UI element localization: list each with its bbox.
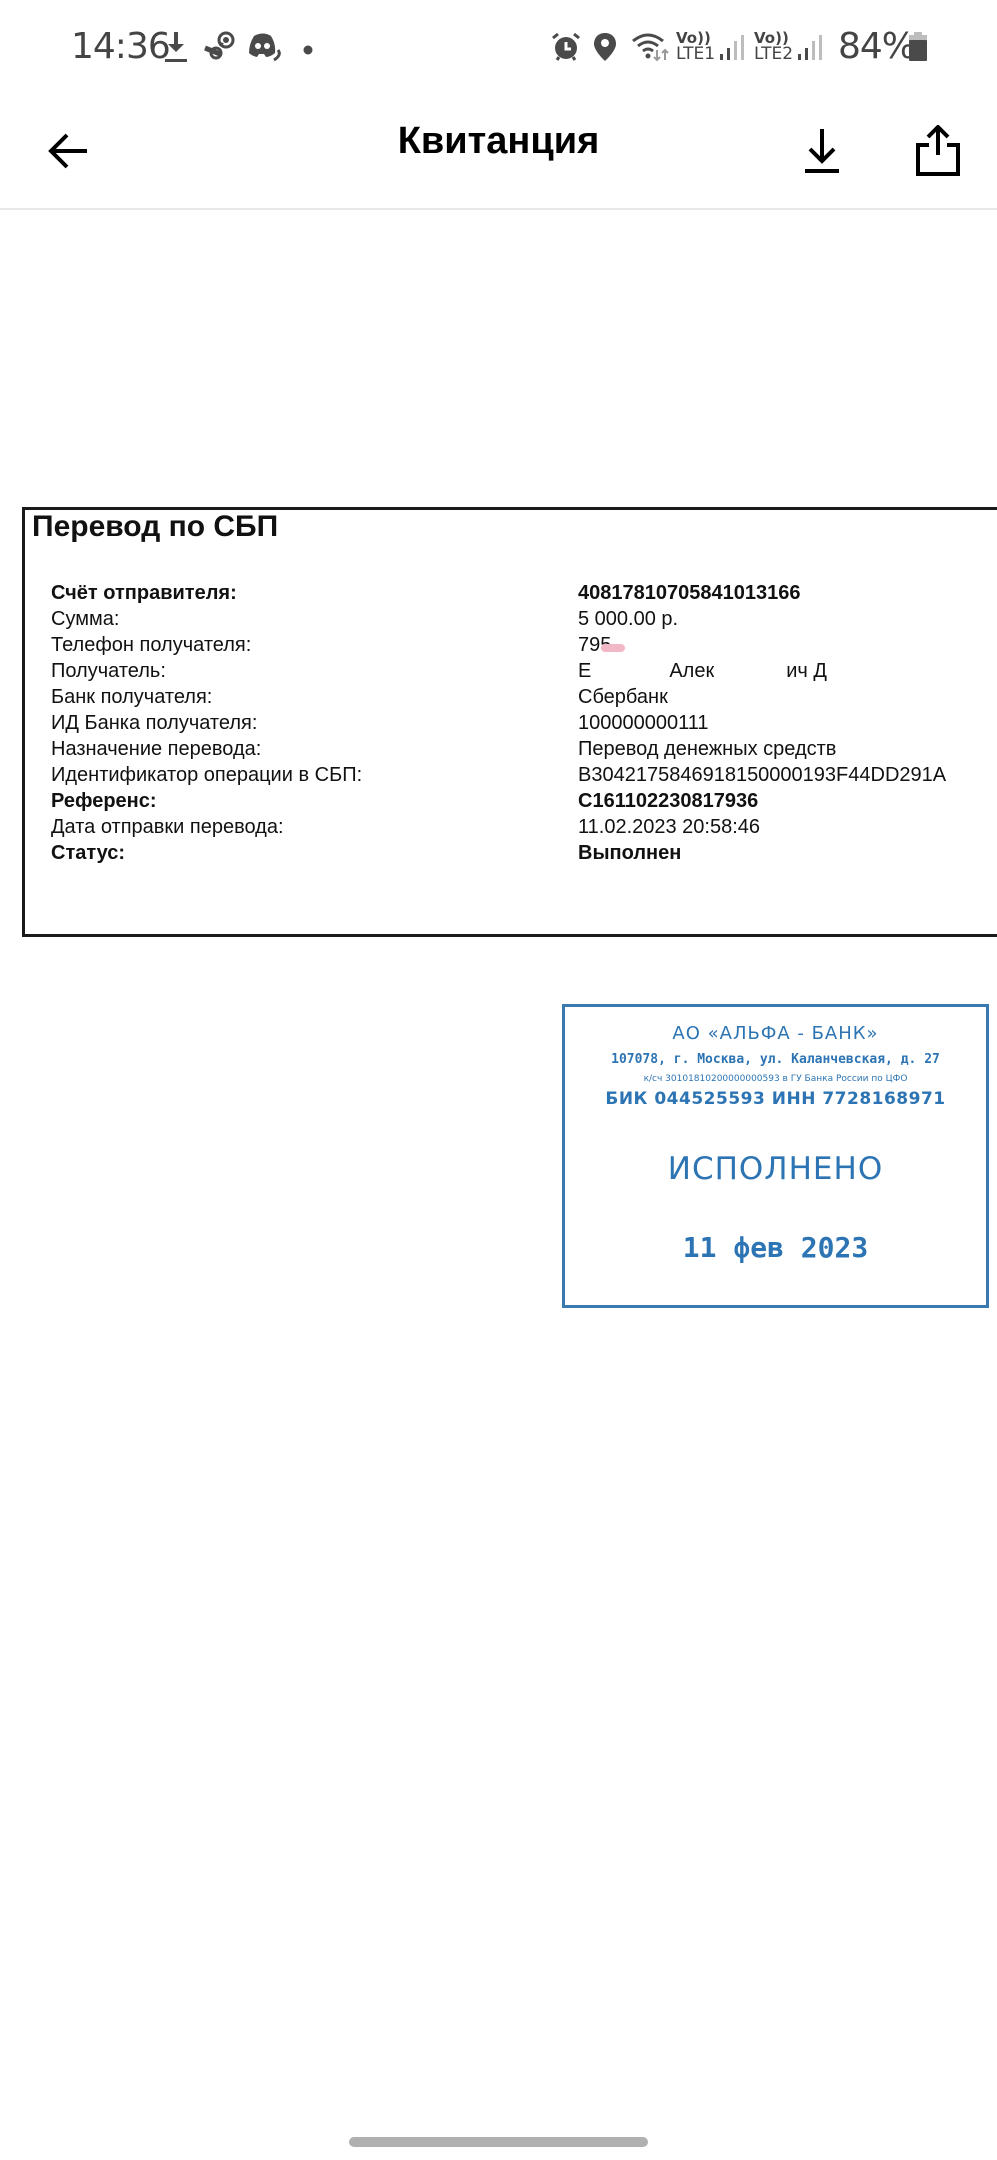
status-time: 14:36 <box>71 26 170 67</box>
receipt-document: Перевод по СБП Счёт отправителя: 4081781… <box>22 507 997 937</box>
redaction-mark <box>591 665 669 679</box>
sim2-network-label: Vo)) LTE2 <box>754 30 793 62</box>
download-icon <box>802 127 842 175</box>
stamp-corr-account: к/сч 30101810200000000593 в ГУ Банка Рос… <box>565 1074 986 1084</box>
receipt-title: Перевод по СБП <box>32 510 278 544</box>
redaction-mark <box>714 665 786 679</box>
battery-icon <box>908 32 928 67</box>
discord-icon <box>249 30 285 67</box>
alarm-icon <box>551 32 581 67</box>
share-button[interactable] <box>903 116 973 186</box>
share-icon <box>915 125 961 177</box>
status-bar: 14:36 Vo)) LTE1 Vo)) LTE2 84% <box>0 0 997 96</box>
location-icon <box>593 32 617 67</box>
redaction-mark <box>601 644 625 652</box>
wifi-icon <box>631 32 671 67</box>
battery-percent: 84% <box>838 26 915 67</box>
signal-sim1-icon <box>719 34 745 67</box>
signal-sim2-icon <box>797 34 823 67</box>
download-button[interactable] <box>787 116 857 186</box>
notification-dot-icon <box>303 42 313 60</box>
status-badge: Выполнен <box>578 840 681 866</box>
gesture-nav-handle[interactable] <box>349 2137 648 2147</box>
sim1-network-label: Vo)) LTE1 <box>676 30 715 62</box>
stamp-status: ИСПОЛНЕНО <box>565 1151 986 1187</box>
stamp-bank-name: АО «АЛЬФА - БАНК» <box>565 1023 986 1044</box>
stamp-address: 107078, г. Москва, ул. Каланчевская, д. … <box>565 1052 986 1067</box>
stamp-date: 11 фев 2023 <box>565 1231 986 1264</box>
bank-stamp: АО «АЛЬФА - БАНК» 107078, г. Москва, ул.… <box>562 1004 989 1308</box>
download-icon <box>163 30 189 69</box>
app-bar: Квитанция <box>0 96 997 210</box>
steam-icon <box>203 30 235 65</box>
stamp-bik-inn: БИК 044525593 ИНН 7728168971 <box>565 1089 986 1109</box>
